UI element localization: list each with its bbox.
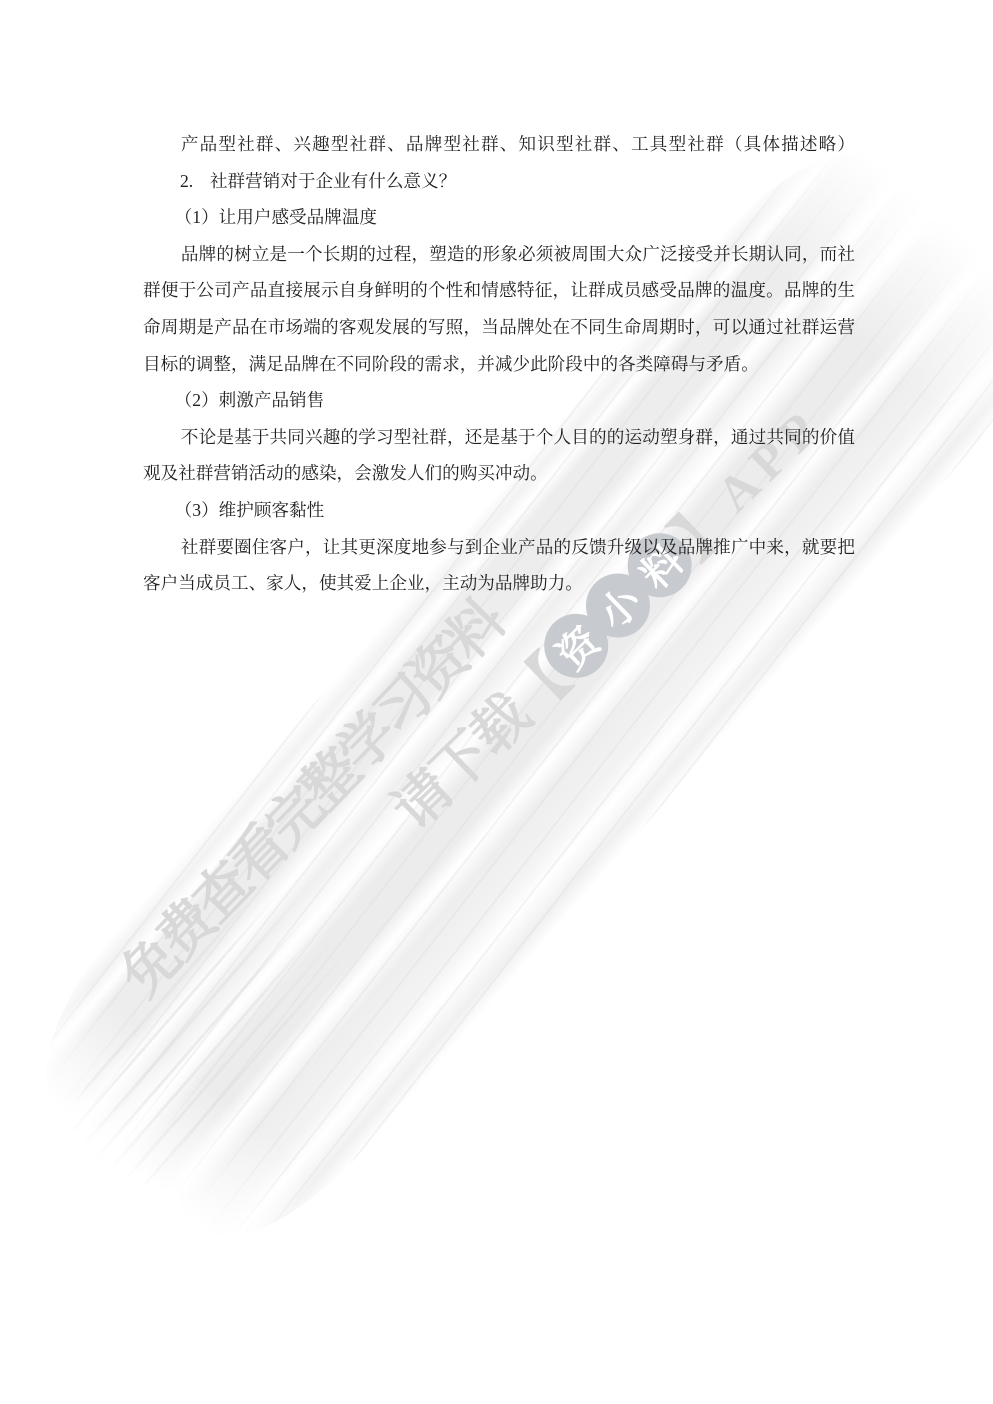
question-line: 2.社群营销对于企业有什么意义？ <box>143 163 855 200</box>
paragraph-line: 客户当成员工、家人，使其爱上企业，主动为品牌助力。 <box>143 565 855 602</box>
brush-stroke-tail <box>51 876 358 1204</box>
document-page: 免费查看完整学习资料 请下载【 资 小 料 】 APP 产品型社群、兴趣型社群、… <box>0 0 993 1404</box>
question-number: 2. <box>180 171 193 191</box>
paragraph-line: 群便于公司产品直接展示自身鲜明的个性和情感特征，让群成员感受品牌的温度。品牌的生 <box>143 272 855 309</box>
watermark-line2-prefix: 请下载【 <box>372 637 583 845</box>
section-1-heading: （1）让用户感受品牌温度 <box>143 199 855 236</box>
paragraph-line: 不论是基于共同兴趣的学习型社群，还是基于个人目的的运动塑身群，通过共同的价值 <box>143 419 855 456</box>
question-text: 社群营销对于企业有什么意义？ <box>210 171 456 191</box>
paragraph-line: 观及社群营销活动的感染，会激发人们的购买冲动。 <box>143 455 855 492</box>
watermark-text-line1: 免费查看完整学习资料 <box>110 591 516 1008</box>
paragraph-line: 目标的调整，满足品牌在不同阶段的需求，并减少此阶段中的各类障碍与矛盾。 <box>143 346 855 383</box>
paragraph-line: 社群要圈住客户，让其更深度地参与到企业产品的反馈升级以及品牌推广中来，就要把 <box>143 529 855 566</box>
paragraph-line: 品牌的树立是一个长期的过程，塑造的形象必须被周围大众广泛接受并长期认同，而社 <box>143 236 855 273</box>
section-3-heading: （3）维护顾客黏性 <box>143 492 855 529</box>
watermark-app-badge-1: 资 <box>531 601 621 691</box>
paragraph-line: 命周期是产品在市场端的客观发展的写照，当品牌处在不同生命周期时，可以通过社群运营 <box>143 309 855 346</box>
section-2-heading: （2）刺激产品销售 <box>143 382 855 419</box>
page-content: 产品型社群、兴趣型社群、品牌型社群、知识型社群、工具型社群（具体描述略） 2.社… <box>143 126 855 602</box>
intro-line: 产品型社群、兴趣型社群、品牌型社群、知识型社群、工具型社群（具体描述略） <box>143 126 855 163</box>
